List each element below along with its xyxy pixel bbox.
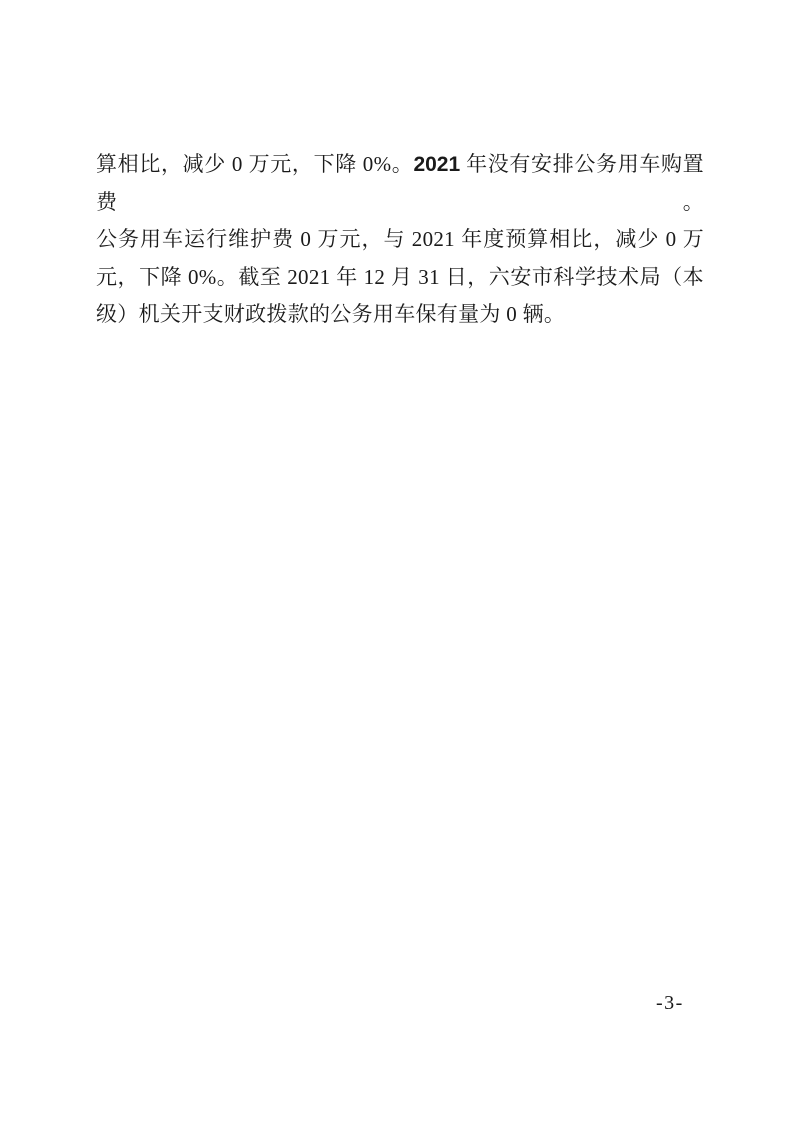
body-text-block: 算相比，减少 0 万元，下降 0%。2021 年没有安排公务用车购置费。 公务用…: [96, 146, 704, 334]
paragraph-line-2: 公务用车运行维护费 0 万元，与 2021 年度预算相比，减少 0 万: [96, 221, 704, 259]
paragraph-line-4: 级）机关开支财政拨款的公务用车保有量为 0 辆。: [96, 296, 704, 334]
document-page: 算相比，减少 0 万元，下降 0%。2021 年没有安排公务用车购置费。 公务用…: [0, 0, 793, 1122]
page-number: -3-: [656, 991, 684, 1015]
paragraph-line-3: 元，下降 0%。截至 2021 年 12 月 31 日，六安市科学技术局（本: [96, 259, 704, 297]
paragraph-line-1: 算相比，减少 0 万元，下降 0%。2021 年没有安排公务用车购置费。: [96, 146, 704, 221]
line1-text-before: 算相比，减少 0 万元，下降 0%。: [96, 152, 413, 176]
line1-year-number: 2021: [413, 153, 460, 176]
